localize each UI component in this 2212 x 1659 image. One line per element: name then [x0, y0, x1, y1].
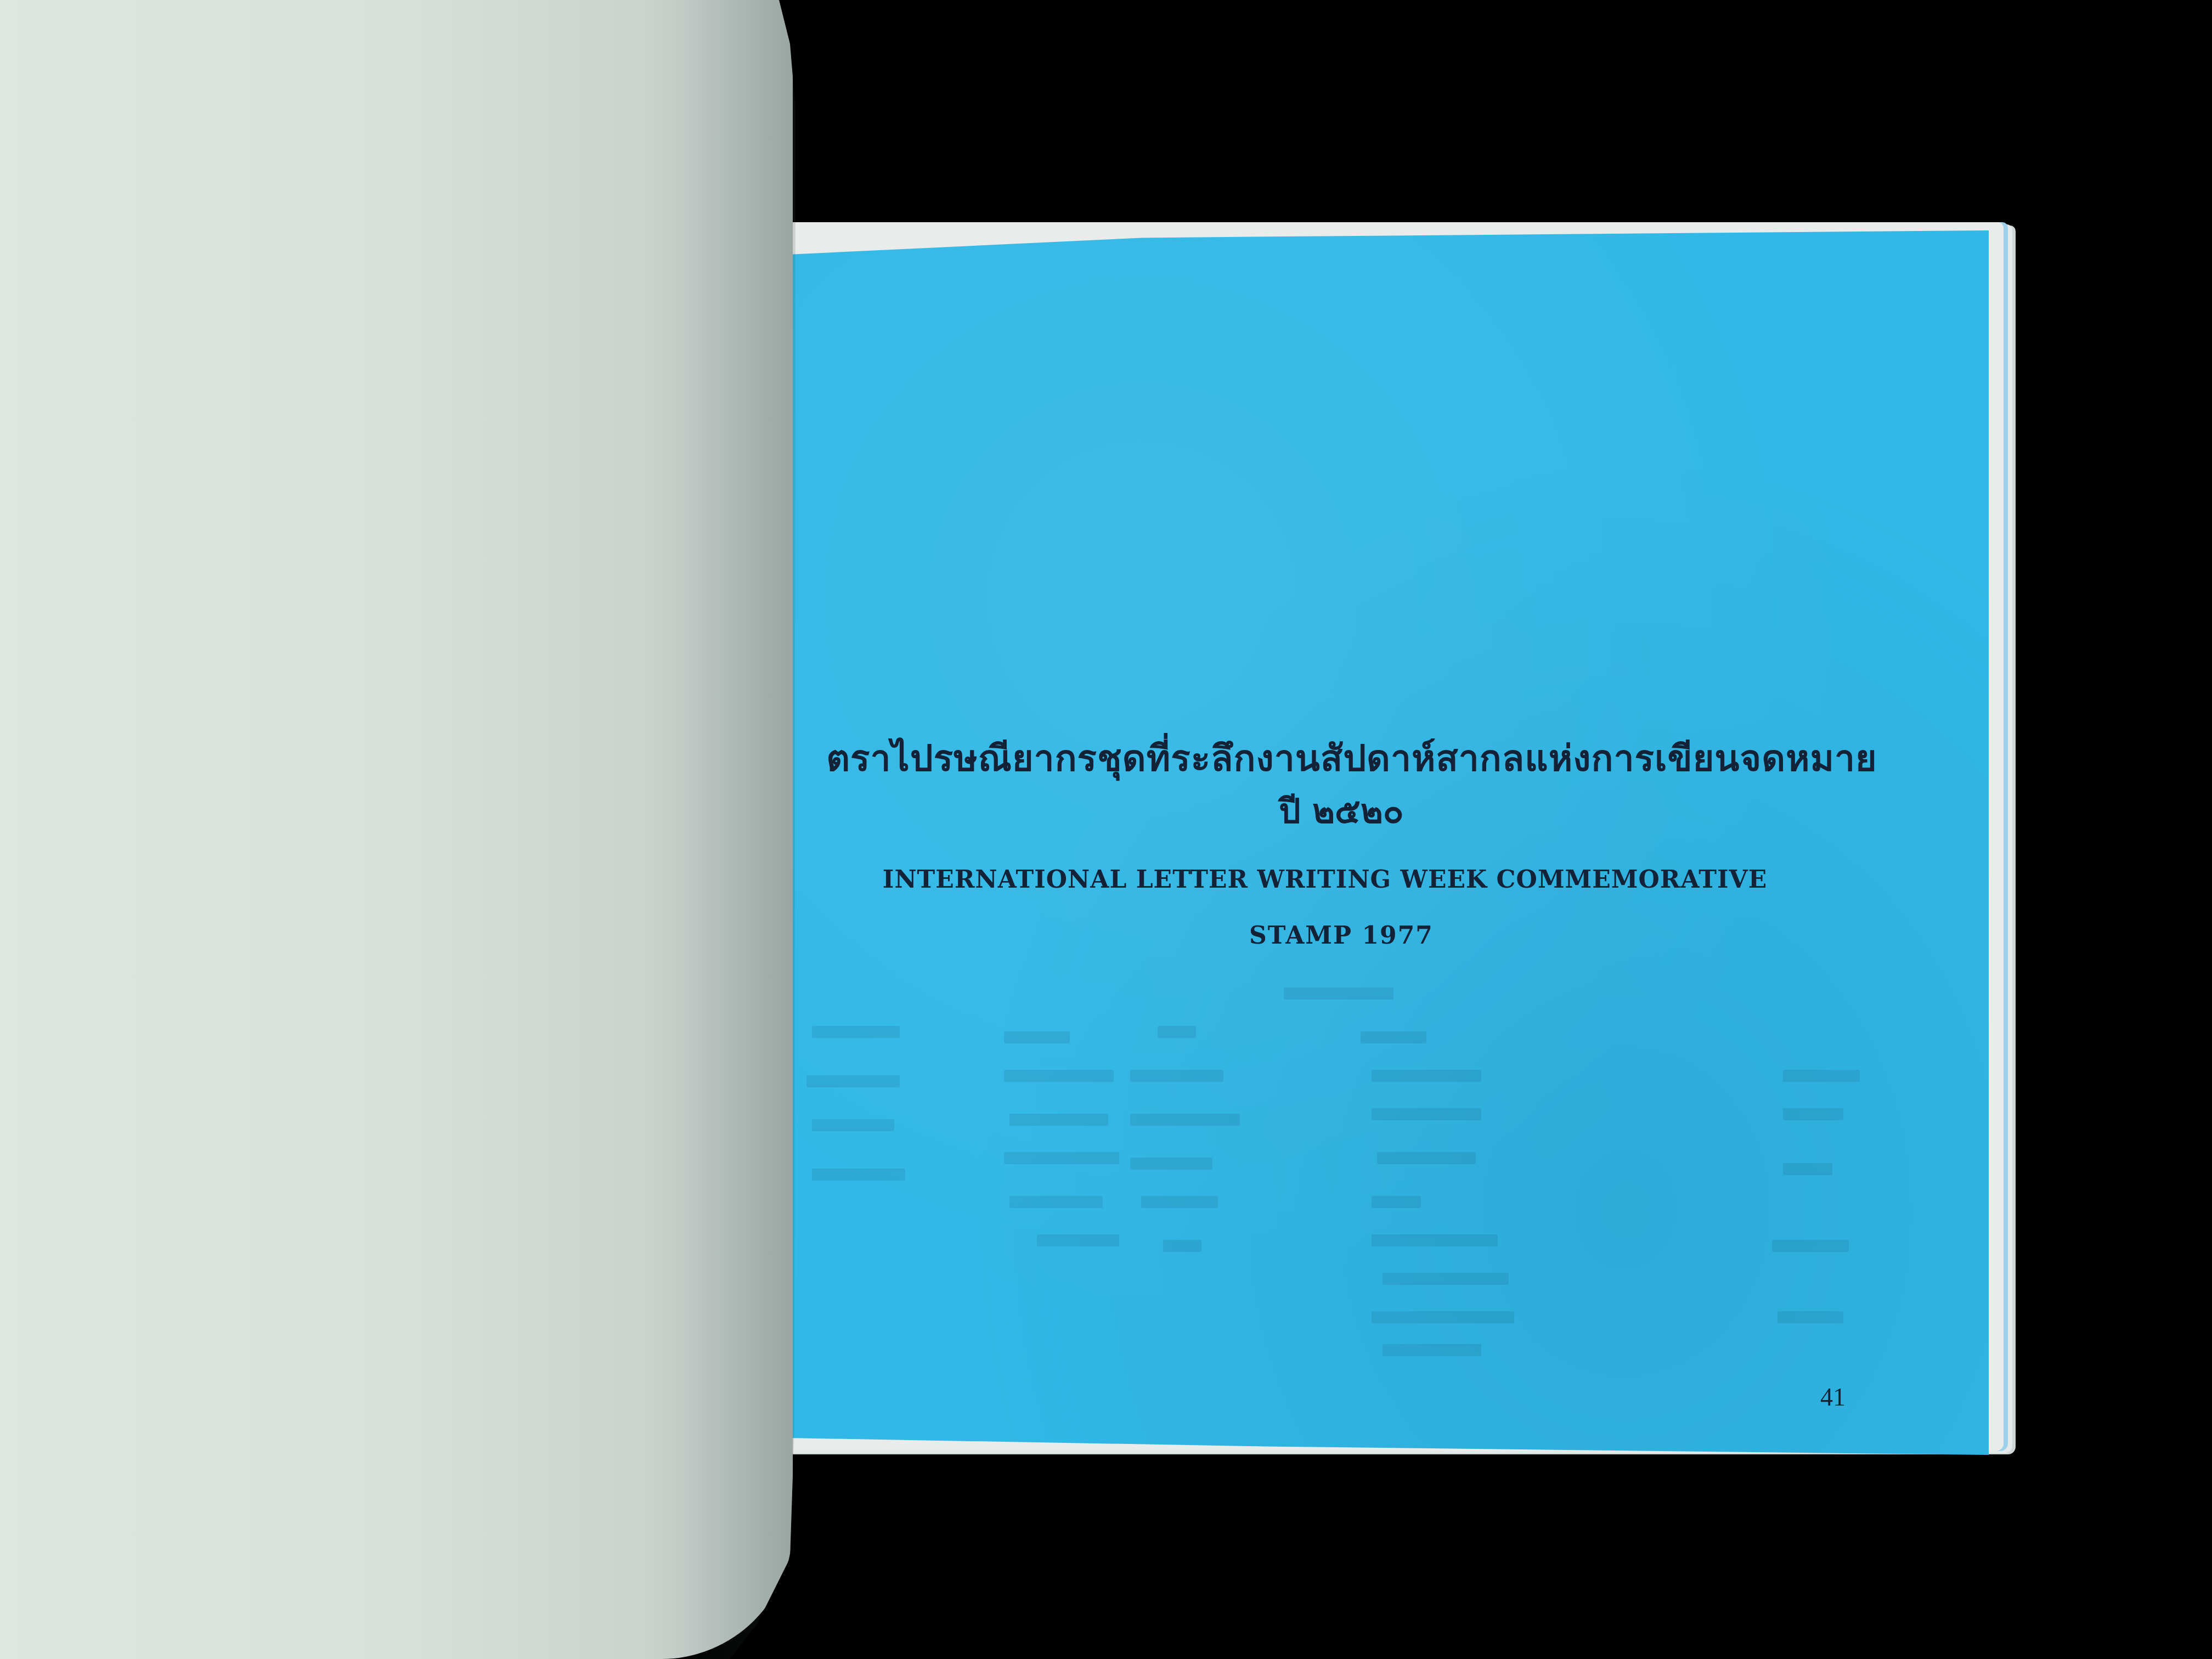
left-page-curl-shadow	[647, 0, 801, 1659]
right-page	[779, 230, 1989, 1455]
thai-title-text: ตราไปรษณียากรชุดที่ระลึกงานสัปดาห์สากลแห…	[826, 737, 1877, 780]
thai-year: ปี ๒๕๒๐	[763, 785, 1887, 838]
english-title-line2: STAMP 1977	[763, 922, 1887, 950]
english-title-line1: INTERNATIONAL LETTER WRITING WEEK COMMEM…	[763, 866, 1887, 894]
page-number: 41	[1820, 1383, 1846, 1412]
thai-heading: . ตราไปรษณียากรชุดที่ระลึกงานสัปดาห์สากล…	[763, 730, 1887, 787]
